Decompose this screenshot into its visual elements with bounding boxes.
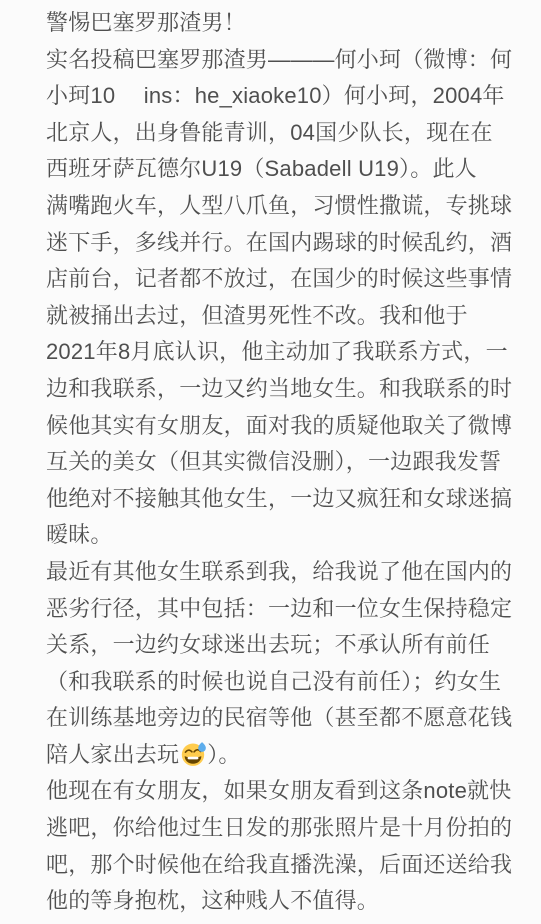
text-line: 恶劣行径，其中包括：一边和一位女生保持稳定 — [46, 591, 515, 628]
text-line: 他的等身抱枕，这种贱人不值得。 — [46, 883, 515, 920]
text-line: 实名投稿巴塞罗那渣男———何小珂（微博：何 — [46, 42, 515, 79]
text-line: 他现在有女朋友，如果女朋友看到这条note就快 — [46, 773, 515, 810]
text-before-emoji: 陪人家出去玩 — [46, 742, 179, 767]
text-line: 暧昧。 — [46, 517, 515, 554]
text-line: （和我联系的时候也说自己没有前任）；约女生 — [46, 664, 515, 701]
text-line: 关系，一边约女球迷出去玩；不承认所有前任 — [46, 627, 515, 664]
text-line: 候他其实有女朋友，面对我的质疑他取关了微博 — [46, 408, 515, 445]
text-line: 2021年8月底认识，他主动加了我联系方式，一 — [46, 334, 515, 371]
text-line: 他绝对不接触其他女生，一边又疯狂和女球迷搞 — [46, 481, 515, 518]
text-line: 店前台，记者都不放过，在国少的时候这些事情 — [46, 261, 515, 298]
text-line: 在训练基地旁边的民宿等他（甚至都不愿意花钱 — [46, 700, 515, 737]
text-line: 就被捅出去过，但渣男死性不改。我和他于 — [46, 298, 515, 335]
text-line: 互关的美女（但其实微信没删），一边跟我发誓 — [46, 444, 515, 481]
text-after-emoji: ）。 — [207, 742, 240, 767]
text-line: 西班牙萨瓦德尔U19（Sabadell U19）。此人 — [46, 151, 515, 188]
text-line: 满嘴跑火车，人型八爪鱼，习惯性撒谎，专挑球 — [46, 188, 515, 225]
note-body: 警惕巴塞罗那渣男！ 实名投稿巴塞罗那渣男———何小珂（微博：何 小珂10 ins… — [0, 0, 541, 920]
text-line: 逃吧，你给他过生日发的那张照片是十月份拍的 — [46, 810, 515, 847]
text-line-with-emoji: 陪人家出去玩 ）。 — [46, 737, 515, 774]
title-line: 警惕巴塞罗那渣男！ — [46, 5, 515, 42]
text-line: 北京人，出身鲁能青训，04国少队长，现在在 — [46, 115, 515, 152]
text-line: 迷下手，多线并行。在国内踢球的时候乱约，酒 — [46, 225, 515, 262]
text-line: 吧，那个时候他在给我直播洗澡，后面还送给我 — [46, 847, 515, 884]
text-line: 最近有其他女生联系到我，给我说了他在国内的 — [46, 554, 515, 591]
text-line: 小珂10 ins：he_xiaoke10）何小珂，2004年 — [46, 78, 515, 115]
sweat-smile-emoji — [180, 741, 206, 767]
text-line: 边和我联系，一边又约当地女生。和我联系的时 — [46, 371, 515, 408]
